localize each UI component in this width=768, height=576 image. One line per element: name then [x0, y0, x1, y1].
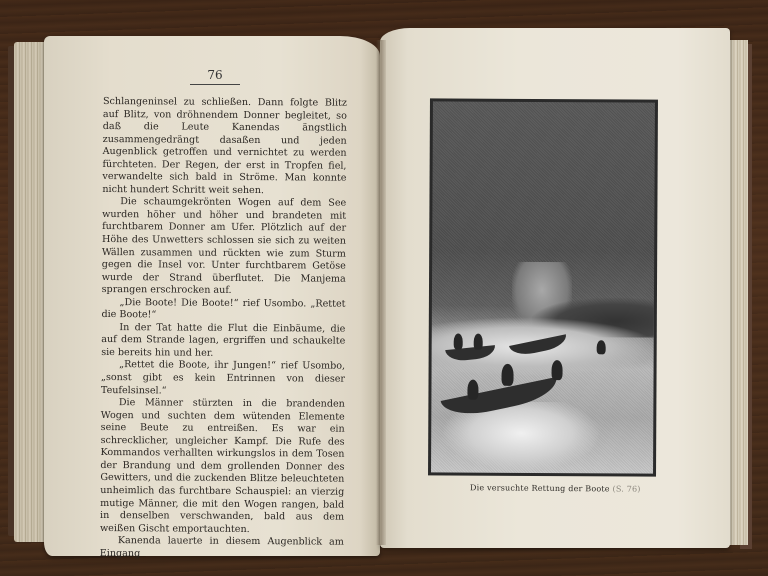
- rower-figure: [454, 334, 463, 350]
- header-rule: [190, 84, 240, 85]
- caption-text: Die versuchte Rettung der Boote: [470, 483, 610, 493]
- paragraph: Die schaumgekrönten Wogen auf dem See wu…: [102, 196, 347, 298]
- rower-figure: [467, 380, 478, 400]
- paragraph: In der Tat hatte die Flut die Einbäume, …: [101, 322, 345, 361]
- rower-figure: [501, 364, 513, 386]
- left-page-text: Schlangeninsel zu schließen. Dann folgte…: [100, 96, 347, 562]
- swimmer-figure: [597, 340, 606, 354]
- storm-illustration: [431, 101, 655, 473]
- paragraph: Die Männer stürzten in die brandenden Wo…: [100, 397, 345, 537]
- rower-figure: [552, 360, 563, 380]
- illustration-caption: Die versuchte Rettung der Boote (S. 76): [470, 483, 650, 494]
- paragraph: Schlangeninsel zu schließen. Dann folgte…: [102, 96, 347, 198]
- paragraph: „Rettet die Boote, ihr Jungen!“ rief Uso…: [101, 359, 345, 398]
- rower-figure: [474, 334, 483, 350]
- paragraph: „Die Boote! Die Boote!“ rief Usombo. „Re…: [101, 297, 345, 324]
- book-gutter: [376, 40, 386, 545]
- caption-page-ref: (S. 76): [612, 484, 640, 493]
- page-edges-left: [14, 42, 48, 542]
- paragraph: Kanenda lauerte in diesem Augenblick am …: [100, 535, 344, 562]
- illustration-plate: [428, 98, 658, 476]
- page-number: 76: [195, 68, 235, 82]
